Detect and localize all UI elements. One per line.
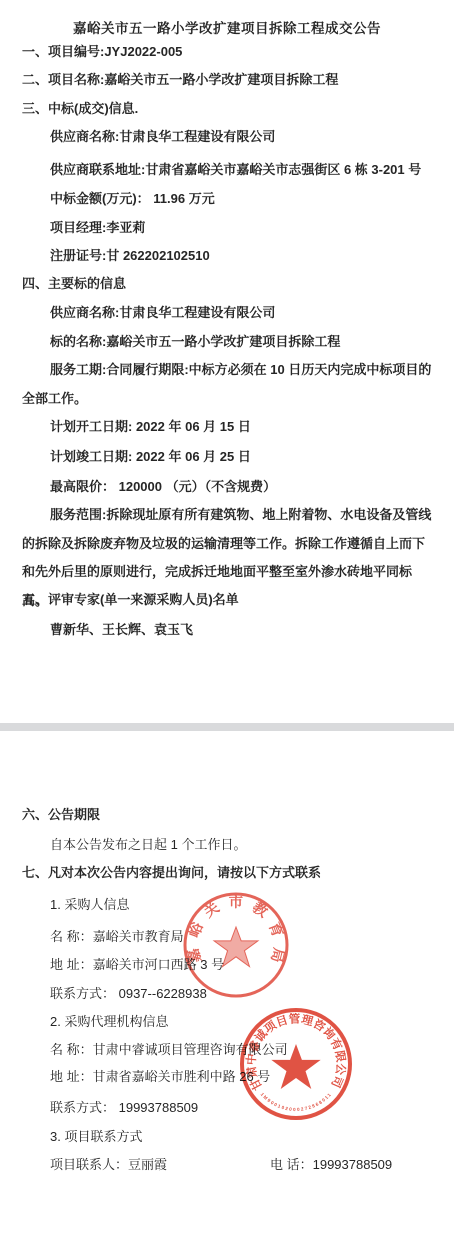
buyer-info-label: 1. 采购人信息 — [22, 891, 432, 919]
section-3-heading: 三、中标(成交)信息. — [22, 95, 432, 123]
agency-info-label: 2. 采购代理机构信息 — [22, 1008, 432, 1036]
announcement-page-1: 嘉峪关市五一路小学改扩建项目拆除工程成交公告 一、项目编号:JYJ2022-00… — [0, 0, 454, 723]
buyer-name: 名 称：嘉峪关市教育局 — [22, 923, 432, 951]
announcement-page-2: 六、公告期限 自本公告发布之日起 1 个工作日。 七、凡对本次公告内容提出询问，… — [0, 731, 454, 1257]
section-5-heading: 五、评审专家(单一来源采购人员)名单 — [22, 586, 432, 614]
buyer-address: 地 址：嘉峪关市河口西路 3 号 — [22, 951, 432, 979]
supplier-name: 供应商名称:甘肃良华工程建设有限公司 — [22, 123, 432, 151]
service-period: 服务工期:合同履行期限:中标方必须在 10 日历天内完成中标项目的全部工作。 — [22, 356, 432, 413]
section-4-heading: 四、主要标的信息 — [22, 270, 432, 298]
document-page: { "doc": { "title": "嘉峪关市五一路小学改扩建项目拆除工程成… — [0, 0, 454, 1257]
page-separator — [0, 723, 454, 731]
expert-names: 曹新华、王长辉、袁玉飞 — [22, 616, 432, 644]
planned-start-date: 计划开工日期: 2022 年 06 月 15 日 — [22, 413, 432, 441]
section-2-project-name: 二、项目名称:嘉峪关市五一路小学改扩建项目拆除工程 — [22, 66, 432, 94]
project-contact-row: 项目联系人：豆丽霞 电 话：19993788509 — [22, 1151, 432, 1179]
project-contact-phone: 电 话：19993788509 — [270, 1151, 392, 1179]
buyer-phone: 联系方式： 0937--6228938 — [22, 980, 432, 1008]
supplier-address: 供应商联系地址:甘肃省嘉峪关市嘉峪关市志强街区 6 栋 3-201 号 — [22, 156, 432, 184]
agency-address: 地 址：甘肃省嘉峪关市胜利中路 26 号 — [22, 1063, 432, 1091]
agency-phone: 联系方式： 19993788509 — [22, 1094, 432, 1122]
project-contact-label: 3. 项目联系方式 — [22, 1123, 432, 1151]
max-price-limit: 最高限价： 120000 （元）（不含规费） — [22, 473, 432, 501]
project-manager: 项目经理:李亚莉 — [22, 214, 432, 242]
section-1-project-number: 一、项目编号:JYJ2022-005 — [22, 38, 432, 66]
section-6-heading: 六、公告期限 — [22, 801, 432, 829]
agency-name: 名 称：甘肃中睿诚项目管理咨询有限公司 — [22, 1036, 432, 1064]
section-7-heading: 七、凡对本次公告内容提出询问，请按以下方式联系 — [22, 859, 432, 887]
project-contact-person: 项目联系人：豆丽霞 — [50, 1151, 167, 1179]
award-amount: 中标金额(万元)： 11.96 万元 — [22, 185, 432, 213]
planned-finish-date: 计划竣工日期: 2022 年 06 月 25 日 — [22, 443, 432, 471]
announcement-period: 自本公告发布之日起 1 个工作日。 — [22, 831, 432, 859]
subject-supplier-name: 供应商名称:甘肃良华工程建设有限公司 — [22, 299, 432, 327]
subject-name: 标的名称:嘉峪关市五一路小学改扩建项目拆除工程 — [22, 328, 432, 356]
registration-number: 注册证号:甘 262202102510 — [22, 242, 432, 270]
